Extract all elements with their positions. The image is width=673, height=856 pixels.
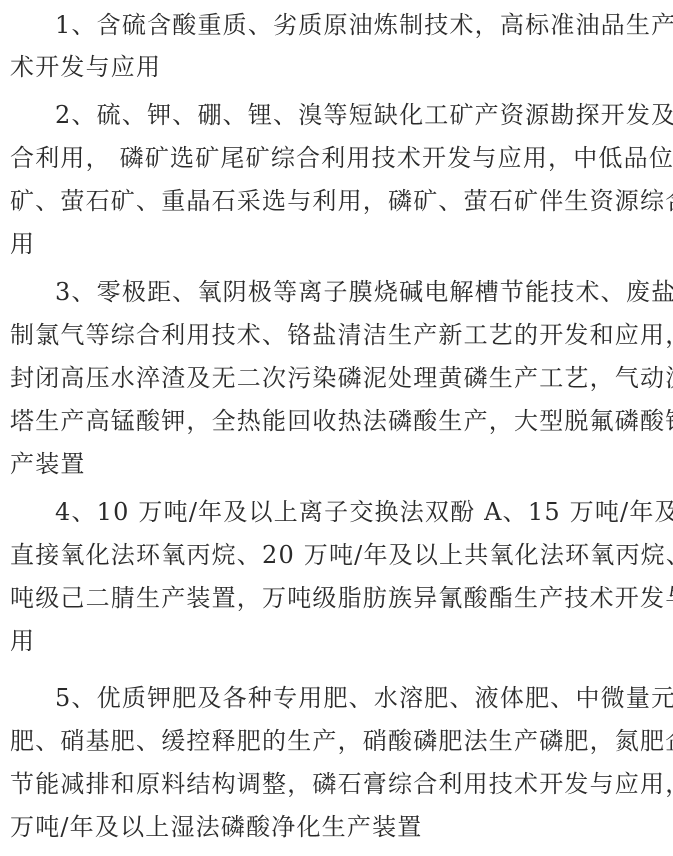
paragraph-line: 万吨/年及以上湿法磷酸净化生产装置	[10, 812, 655, 842]
paragraph-line: 矿、萤石矿、重晶石采选与利用，磷矿、萤石矿伴生资源综合利	[10, 186, 655, 216]
paragraph-line: 用	[10, 626, 655, 656]
paragraph-line: 合利用， 磷矿选矿尾矿综合利用技术开发与应用，中低品位磷	[10, 143, 655, 173]
paragraph-line: 吨级己二腈生产装置，万吨级脂肪族异氰酸酯生产技术开发与应	[10, 583, 655, 613]
paragraph-line: 肥、硝基肥、缓控释肥的生产，硝酸磷肥法生产磷肥，氮肥企业	[10, 726, 655, 756]
paragraph-line: 封闭高压水淬渣及无二次污染磷泥处理黄磷生产工艺，气动流化	[10, 363, 655, 393]
paragraph-line: 直接氧化法环氧丙烷、20 万吨/年及以上共氧化法环氧丙烷、万	[10, 540, 655, 570]
paragraph-line: 2、硫、钾、硼、锂、溴等短缺化工矿产资源勘探开发及综	[55, 100, 655, 130]
paragraph-line: 节能减排和原料结构调整，磷石膏综合利用技术开发与应用，10	[10, 769, 655, 799]
paragraph-line: 术开发与应用	[10, 52, 655, 82]
paragraph-line: 制氯气等综合利用技术、铬盐清洁生产新工艺的开发和应用，全	[10, 320, 655, 350]
paragraph-line: 5、优质钾肥及各种专用肥、水溶肥、液体肥、中微量元素	[55, 683, 655, 713]
paragraph-line: 塔生产高锰酸钾，全热能回收热法磷酸生产，大型脱氟磷酸钙生	[10, 406, 655, 436]
paragraph-line: 1、含硫含酸重质、劣质原油炼制技术，高标准油品生产技	[55, 10, 655, 40]
paragraph-line: 产装置	[10, 449, 655, 479]
paragraph-line: 用	[10, 229, 655, 259]
paragraph-line: 3、零极距、氧阴极等离子膜烧碱电解槽节能技术、废盐酸	[55, 277, 655, 307]
paragraph-line: 4、10 万吨/年及以上离子交换法双酚 A、15 万吨/年及以上	[55, 497, 655, 527]
